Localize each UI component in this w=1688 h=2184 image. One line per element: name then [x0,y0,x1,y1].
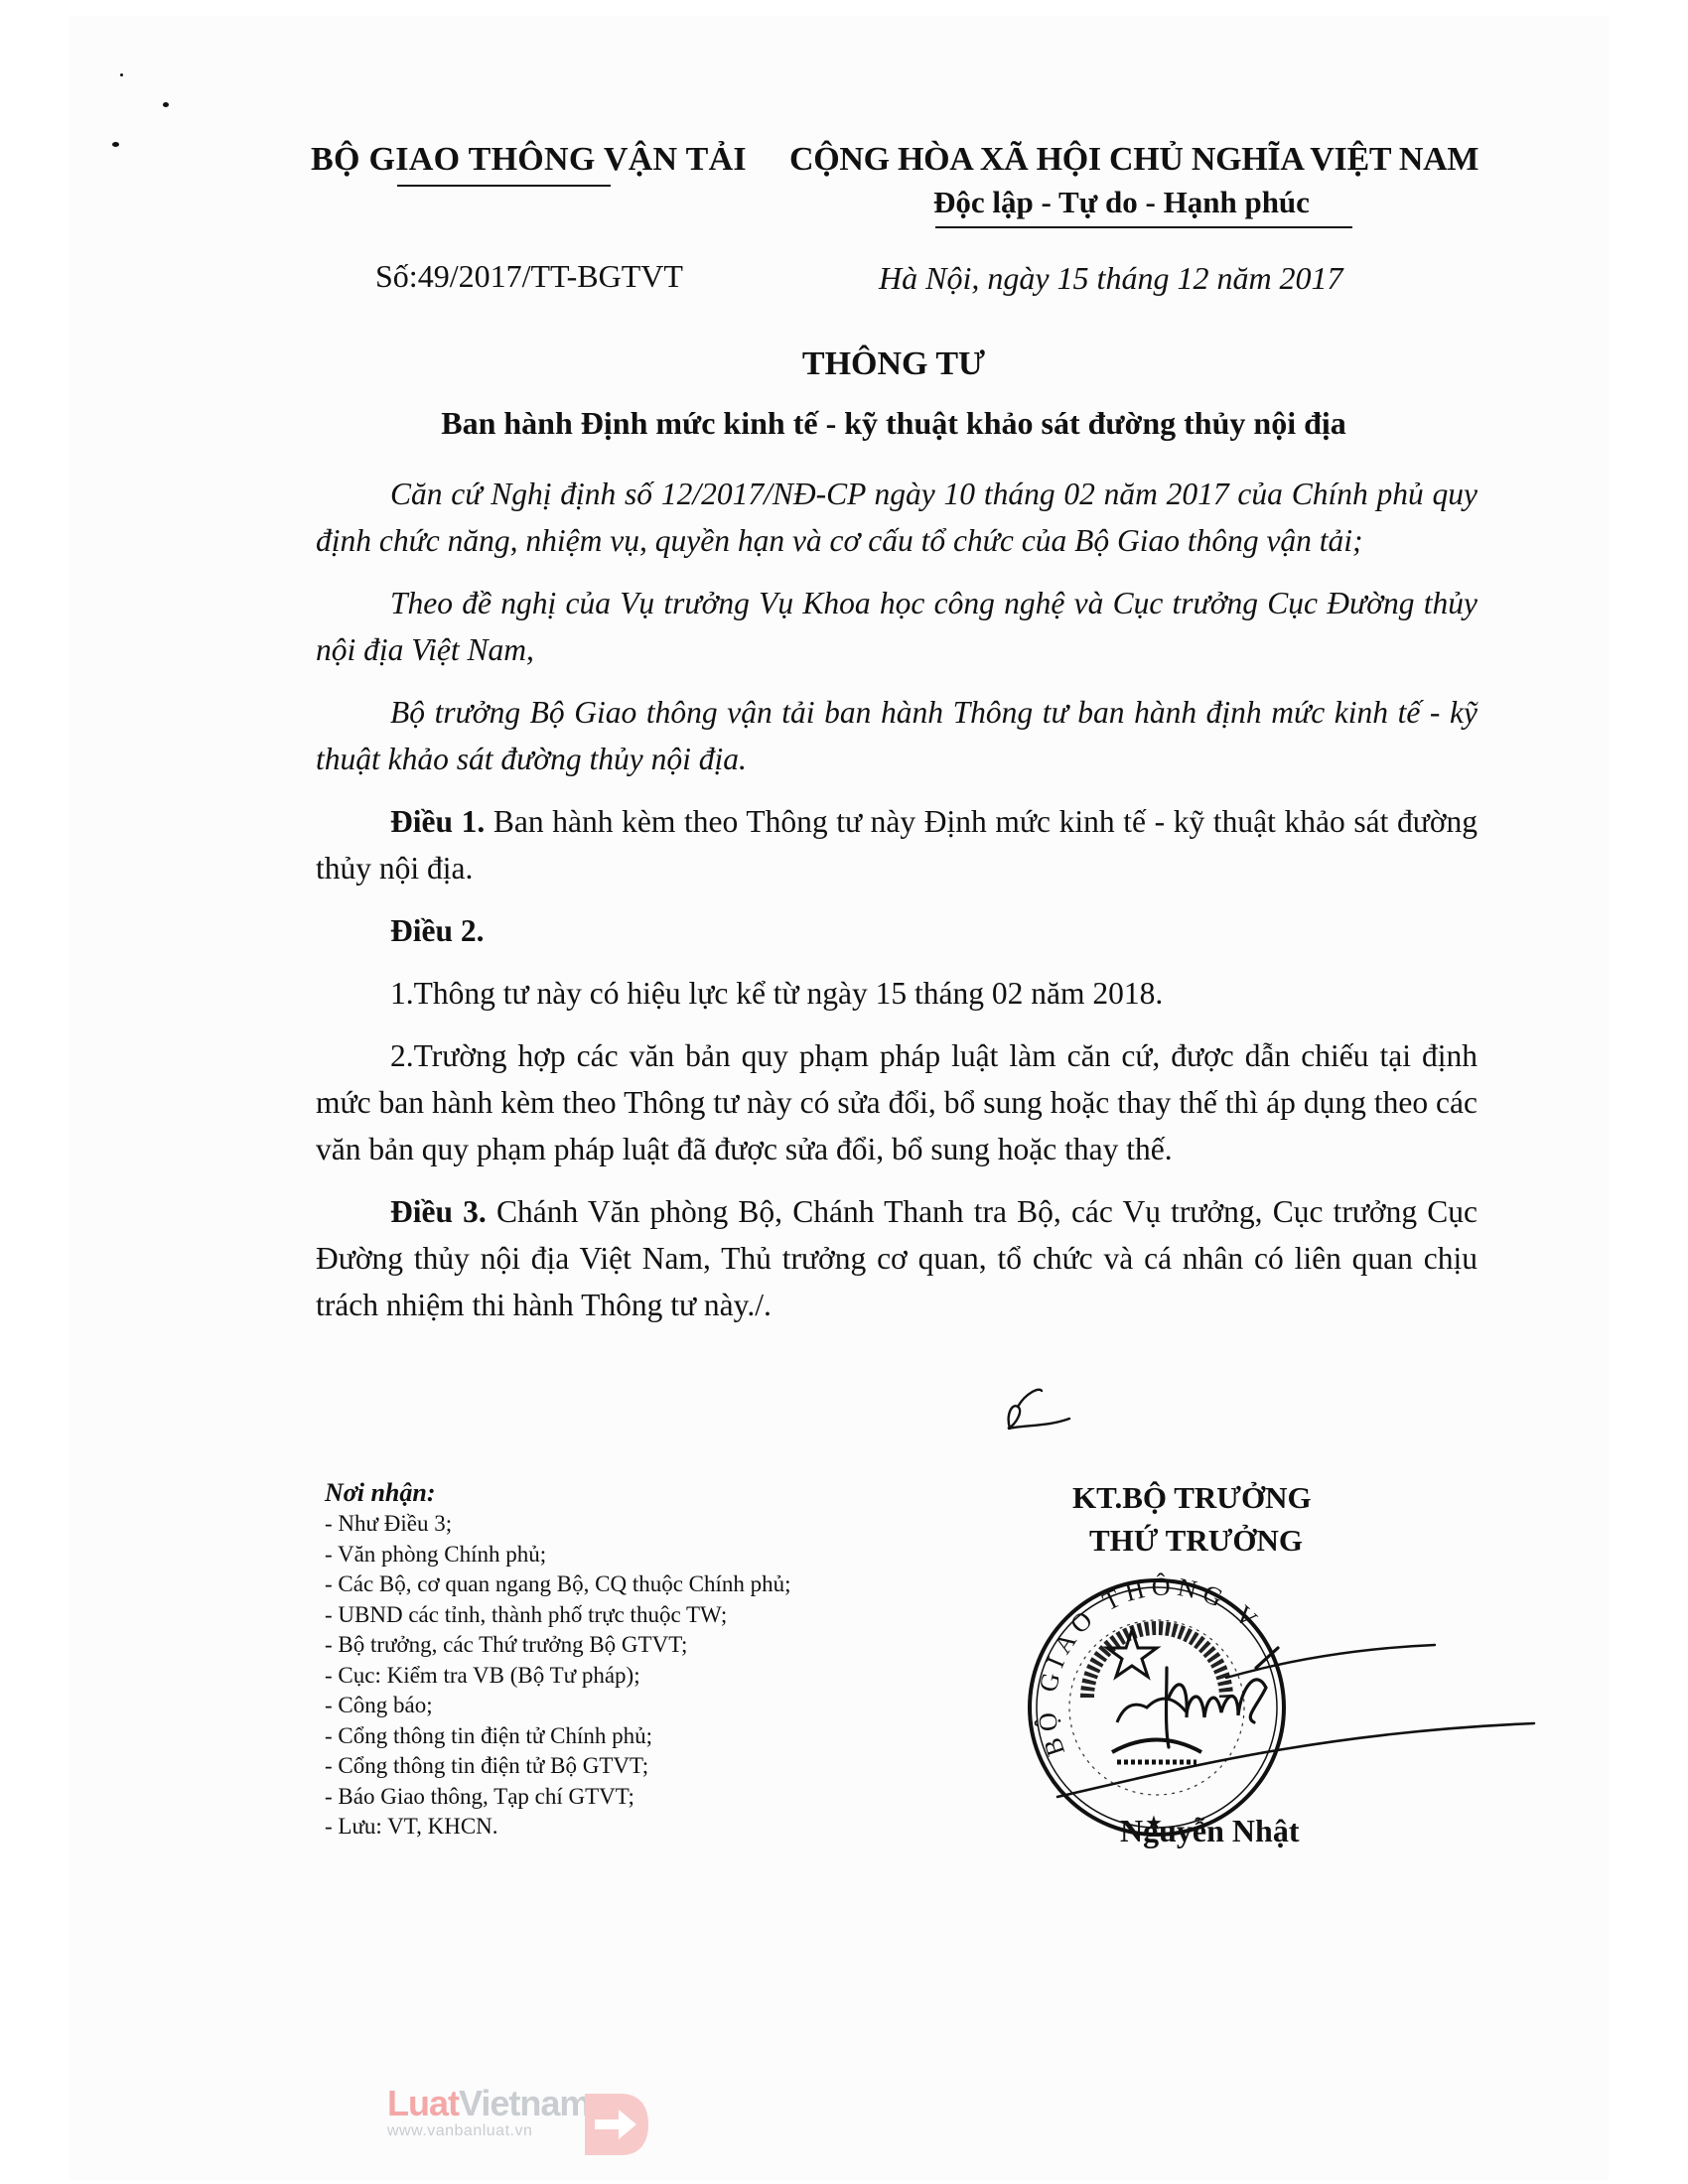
watermark-url: www.vanbanluat.vn [387,2122,590,2140]
seal-text: BỘ GIAO THÔNG V [1032,1571,1267,1759]
signatory-role: KT.BỘ TRƯỞNG [1072,1480,1312,1516]
recipient-item: - Cổng thông tin điện tử Chính phủ; [325,1721,791,1752]
preamble-issuance: Bộ trưởng Bộ Giao thông vận tải ban hành… [316,689,1477,782]
article-1-text: Ban hành kèm theo Thông tư này Định mức … [316,804,1477,886]
document-type: THÔNG TƯ [0,345,1688,383]
place-and-date: Hà Nội, ngày 15 tháng 12 năm 2017 [879,260,1343,297]
recipients-title: Nơi nhận: [325,1477,791,1509]
watermark: LuatVietnam www.vanbanluat.vn [387,2083,590,2140]
recipient-item: - Như Điều 3; [325,1509,791,1540]
article-3-text: Chánh Văn phòng Bộ, Chánh Thanh tra Bộ, … [316,1194,1477,1322]
article-1-label: Điều 1. [390,804,485,839]
recipient-item: - Báo Giao thông, Tạp chí GTVT; [325,1782,791,1813]
recipient-item: - Cổng thông tin điện tử Bộ GTVT; [325,1751,791,1782]
agency-underline [397,185,611,187]
article-2-clause-2: 2.Trường hợp các văn bản quy phạm pháp l… [316,1032,1477,1172]
recipient-item: - Bộ trưởng, các Thứ trưởng Bộ GTVT; [325,1630,791,1661]
official-seal-icon: BỘ GIAO THÔNG V ★ [1018,1549,1574,1837]
scan-speck [120,73,123,76]
recipient-item: - Các Bộ, cơ quan ngang Bộ, CQ thuộc Chí… [325,1570,791,1600]
recipients-block: Nơi nhận: - Như Điều 3; - Văn phòng Chín… [325,1477,791,1843]
preamble-legal-basis: Căn cứ Nghị định số 12/2017/NĐ-CP ngày 1… [316,471,1477,564]
article-3-label: Điều 3. [390,1194,487,1229]
article-2-label: Điều 2. [316,907,1477,954]
initials-mark-icon [998,1385,1077,1434]
signatory-name: Nguyễn Nhật [1120,1813,1299,1849]
document-body: Căn cứ Nghị định số 12/2017/NĐ-CP ngày 1… [316,471,1477,1344]
article-3: Điều 3. Chánh Văn phòng Bộ, Chánh Thanh … [316,1188,1477,1328]
scan-speck [163,102,169,107]
motto-underline [935,226,1352,228]
issuing-agency: BỘ GIAO THÔNG VẬN TẢI [311,141,747,179]
document-number: Số:49/2017/TT-BGTVT [375,258,683,295]
watermark-arrow-icon [581,2090,650,2159]
preamble-proposal: Theo đề nghị của Vụ trưởng Vụ Khoa học c… [316,580,1477,673]
national-title: CỘNG HÒA XÃ HỘI CHỦ NGHĨA VIỆT NAM [789,141,1478,179]
recipient-item: - Công báo; [325,1691,791,1721]
recipient-item: - Cục: Kiểm tra VB (Bộ Tư pháp); [325,1661,791,1692]
article-2-clause-1: 1.Thông tư này có hiệu lực kể từ ngày 15… [316,970,1477,1017]
watermark-brand: LuatVietnam [387,2083,590,2123]
recipients-list: - Như Điều 3; - Văn phòng Chính phủ; - C… [325,1509,791,1843]
recipient-item: - Văn phòng Chính phủ; [325,1540,791,1570]
article-1: Điều 1. Ban hành kèm theo Thông tư này Đ… [316,798,1477,891]
recipient-item: - Lưu: VT, KHCN. [325,1812,791,1843]
scan-speck [112,142,119,147]
national-motto: Độc lập - Tự do - Hạnh phúc [933,185,1310,220]
document-subject: Ban hành Định mức kinh tế - kỹ thuật khả… [0,405,1688,442]
svg-text:BỘ GIAO THÔNG V: BỘ GIAO THÔNG V [1032,1571,1267,1759]
recipient-item: - UBND các tỉnh, thành phố trực thuộc TW… [325,1600,791,1631]
